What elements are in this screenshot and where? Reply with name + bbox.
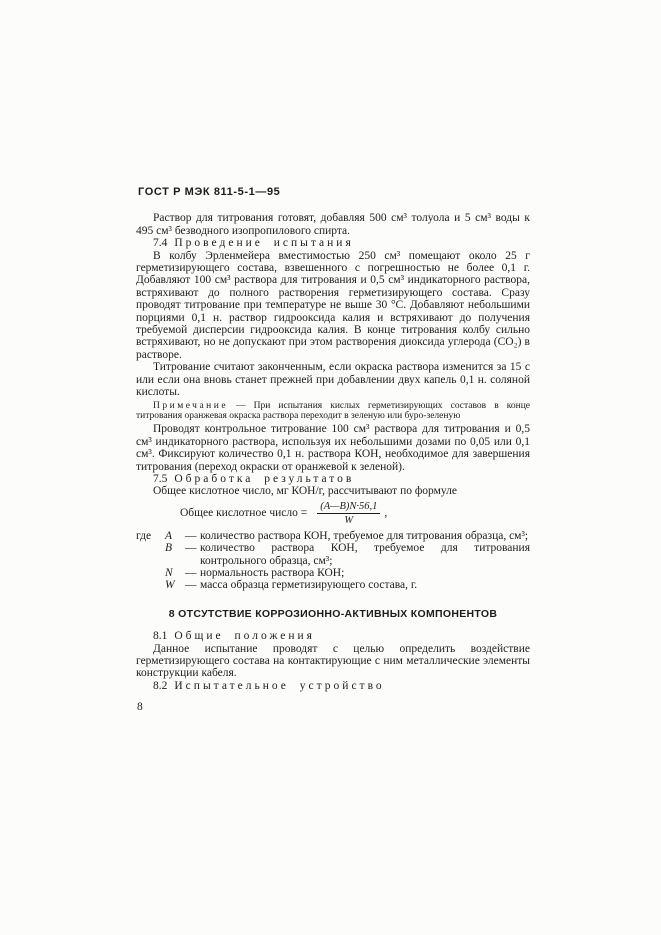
para-control-titration: Проводят контрольное титрование 100 см³ … [136, 423, 530, 473]
where-spacer [136, 567, 165, 579]
heading-title: Общие положения [174, 630, 315, 642]
section-8-1-heading: 8.1Общие положения [136, 630, 530, 642]
page-sheet: ГОСТ Р МЭК 811-5-1—95 Раствор для титров… [0, 0, 661, 935]
heading-title: Обработка результатов [174, 473, 354, 485]
definition-symbol: W [165, 579, 185, 591]
formula-lhs: Общее кислотное число = [180, 507, 307, 519]
where-label: где [136, 530, 165, 542]
definition-dash: — [185, 579, 200, 591]
para-corrosion-purpose: Данное испытание проводят с целью опреде… [136, 643, 530, 680]
definition-dash: — [185, 567, 200, 579]
heading-number: 8.2 [153, 680, 167, 692]
heading-number: 7.5 [153, 473, 167, 485]
section-7-4-heading: 7.4Проведение испытания [136, 237, 530, 249]
para-formula-intro: Общее кислотное число, мг КОН/г, рассчит… [136, 485, 530, 497]
where-spacer [136, 579, 165, 591]
formula-denominator: W [344, 514, 353, 526]
definition-symbol: N [165, 567, 185, 579]
definitions-list: где A — количество раствора КОН, требуем… [136, 530, 530, 592]
definition-symbol: A [165, 530, 185, 542]
formula-numerator: (A—B)N·56,1 [317, 501, 380, 514]
para-titration-solution: Раствор для титрования готовят, добавляя… [136, 212, 530, 237]
heading-number: 8.1 [153, 630, 167, 642]
formula-block: Общее кислотное число = (A—B)N·56,1 W , [180, 501, 530, 526]
section-7-5-heading: 7.5Обработка результатов [136, 473, 530, 485]
page-number: 8 [136, 701, 530, 713]
section-8-heading: 8 ОТСУТСТВИЕ КОРРОЗИОННО-АКТИВНЫХ КОМПОН… [136, 608, 530, 620]
definition-text: количество раствора КОН, требуемое для т… [200, 530, 530, 542]
note-label: Примечание [153, 401, 228, 411]
where-spacer [136, 542, 165, 567]
definition-text: количество раствора КОН, требуемое для т… [200, 542, 530, 567]
definition-symbol: B [165, 542, 185, 567]
doc-header: ГОСТ Р МЭК 811-5-1—95 [138, 186, 530, 198]
document-content: ГОСТ Р МЭК 811-5-1—95 Раствор для титров… [136, 0, 530, 714]
heading-number: 7.4 [153, 237, 167, 249]
formula-fraction: (A—B)N·56,1 W [317, 501, 380, 526]
definition-text: нормальность раствора КОН; [200, 567, 530, 579]
note-block: Примечание — При испытания кислых гермет… [136, 401, 530, 422]
definition-dash: — [185, 542, 200, 567]
heading-title: Испытательное устройство [174, 680, 384, 692]
section-8-2-heading: 8.2Испытательное устройство [136, 680, 530, 692]
heading-title: Проведение испытания [174, 237, 353, 249]
definition-dash: — [185, 530, 200, 542]
definition-text: масса образца герметизирующего состава, … [200, 579, 530, 591]
formula-comma: , [384, 507, 387, 519]
para-titration-end: Титрование считают законченным, если окр… [136, 361, 530, 398]
para-flask-test: В колбу Эрленмейера вместимостью 250 см³… [136, 250, 530, 362]
